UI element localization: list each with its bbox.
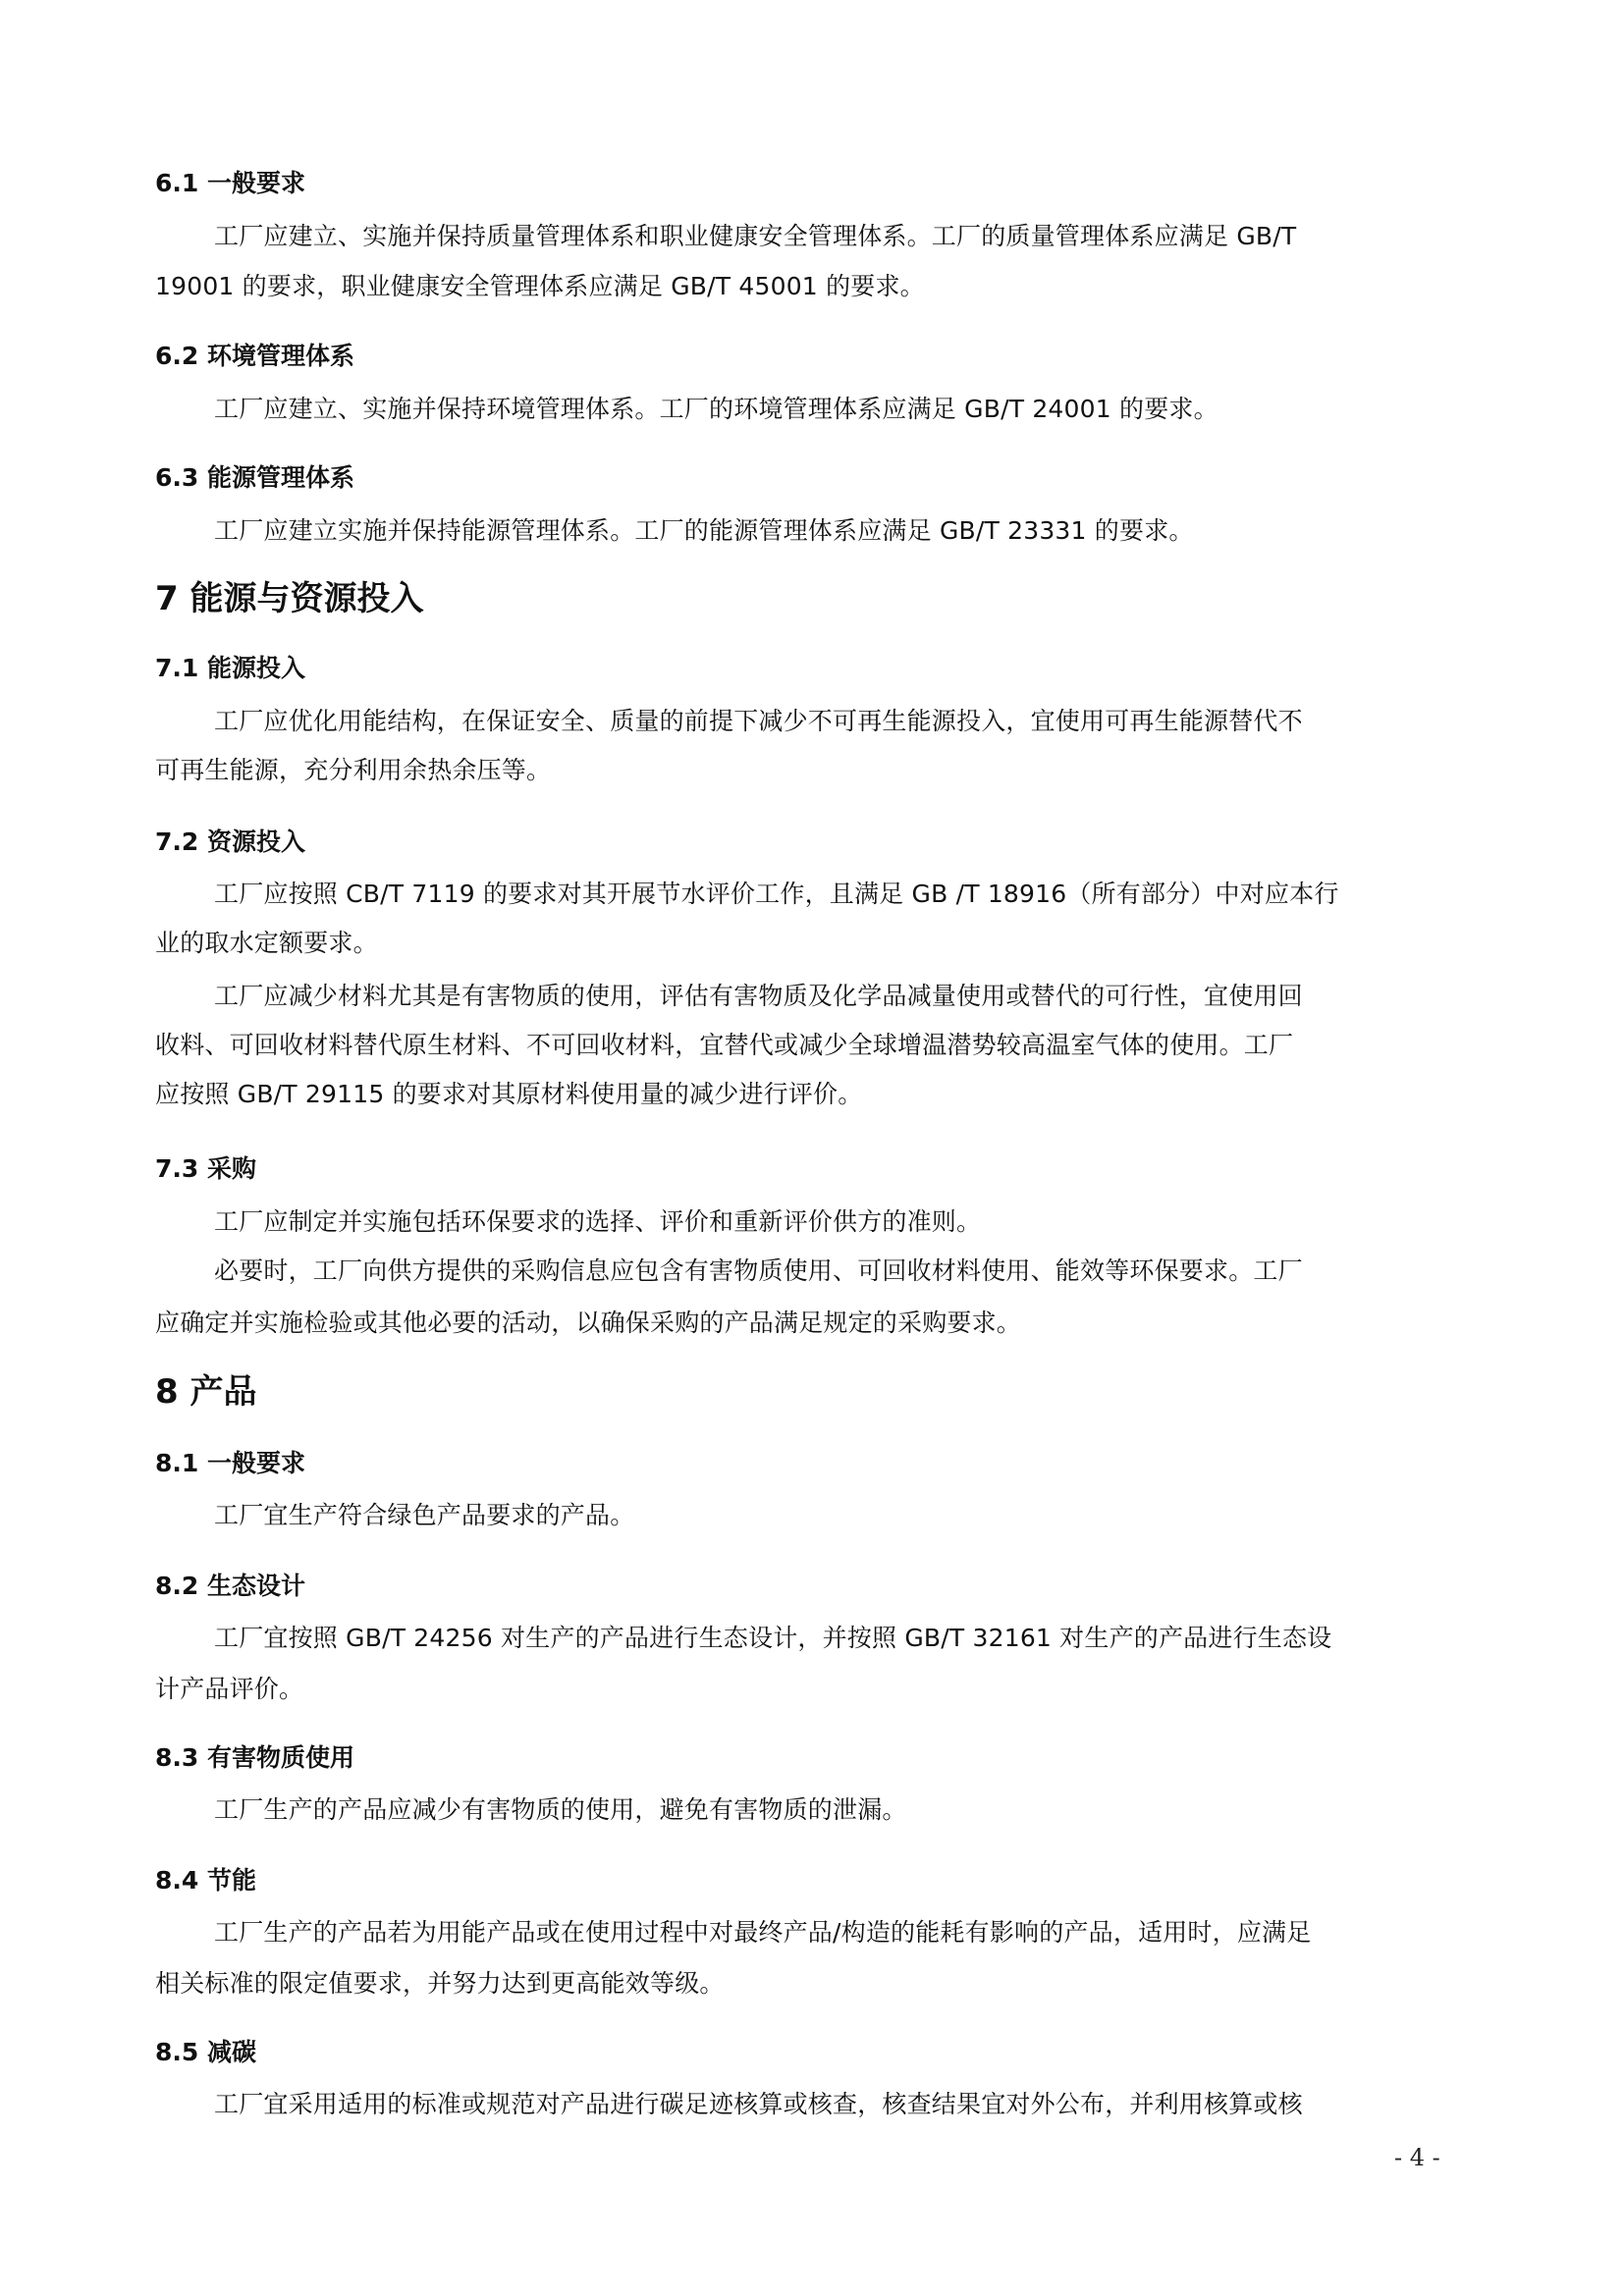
paragraph-line: 工厂应制定并实施包括环保要求的选择、评价和重新评价供方的准则。 (214, 1207, 1461, 1237)
section-heading: 6.1 一般要求 (155, 169, 1461, 198)
paragraph-line: 收料、可回收材料替代原生材料、不可回收材料，宜替代或减少全球增温潜势较高温室气体… (155, 1031, 1461, 1060)
paragraph-line: 相关标准的限定值要求，并努力达到更高能效等级。 (155, 1969, 1461, 1999)
paragraph-line: 可再生能源，充分利用余热余压等。 (155, 756, 1461, 785)
paragraph-line: 工厂应按照 CB/T 7119 的要求对其开展节水评价工作，且满足 GB /T … (214, 880, 1461, 909)
paragraph-line: 工厂生产的产品若为用能产品或在使用过程中对最终产品/构造的能耗有影响的产品，适用… (214, 1918, 1461, 1948)
paragraph-line: 必要时，工厂向供方提供的采购信息应包含有害物质使用、可回收材料使用、能效等环保要… (214, 1256, 1461, 1286)
paragraph-line: 应按照 GB/T 29115 的要求对其原材料使用量的减少进行评价。 (155, 1080, 1461, 1109)
paragraph-line: 工厂应减少材料尤其是有害物质的使用，评估有害物质及化学品减量使用或替代的可行性，… (214, 982, 1461, 1011)
section-heading: 7.3 采购 (155, 1154, 1461, 1184)
document-page: 6.1 一般要求工厂应建立、实施并保持质量管理体系和职业健康安全管理体系。工厂的… (0, 0, 1624, 2296)
section-heading: 8.1 一般要求 (155, 1449, 1461, 1478)
section-heading: 8.2 生态设计 (155, 1572, 1461, 1601)
section-heading: 6.3 能源管理体系 (155, 463, 1461, 493)
paragraph-line: 工厂宜生产符合绿色产品要求的产品。 (214, 1501, 1461, 1530)
chapter-heading: 7 能源与资源投入 (155, 579, 1461, 618)
paragraph-line: 工厂应建立、实施并保持环境管理体系。工厂的环境管理体系应满足 GB/T 2400… (214, 395, 1461, 424)
paragraph-line: 工厂应建立实施并保持能源管理体系。工厂的能源管理体系应满足 GB/T 23331… (214, 516, 1461, 546)
paragraph-line: 19001 的要求，职业健康安全管理体系应满足 GB/T 45001 的要求。 (155, 272, 1461, 301)
page-number: - 4 - (1394, 2144, 1440, 2171)
section-heading: 8.3 有害物质使用 (155, 1743, 1461, 1773)
paragraph-line: 工厂应建立、实施并保持质量管理体系和职业健康安全管理体系。工厂的质量管理体系应满… (214, 222, 1461, 251)
section-heading: 7.1 能源投入 (155, 654, 1461, 683)
paragraph-line: 业的取水定额要求。 (155, 929, 1461, 958)
paragraph-line: 应确定并实施检验或其他必要的活动，以确保采购的产品满足规定的采购要求。 (155, 1308, 1461, 1338)
paragraph-line: 工厂宜采用适用的标准或规范对产品进行碳足迹核算或核查，核查结果宜对外公布，并利用… (214, 2090, 1461, 2119)
paragraph-line: 工厂生产的产品应减少有害物质的使用，避免有害物质的泄漏。 (214, 1795, 1461, 1825)
paragraph-line: 计产品评价。 (155, 1675, 1461, 1704)
section-heading: 8.4 节能 (155, 1866, 1461, 1896)
paragraph-line: 工厂应优化用能结构，在保证安全、质量的前提下减少不可再生能源投入，宜使用可再生能… (214, 707, 1461, 736)
chapter-heading: 8 产品 (155, 1372, 1461, 1412)
section-heading: 6.2 环境管理体系 (155, 342, 1461, 371)
section-heading: 8.5 减碳 (155, 2038, 1461, 2067)
paragraph-line: 工厂宜按照 GB/T 24256 对生产的产品进行生态设计，并按照 GB/T 3… (214, 1624, 1461, 1653)
section-heading: 7.2 资源投入 (155, 828, 1461, 857)
